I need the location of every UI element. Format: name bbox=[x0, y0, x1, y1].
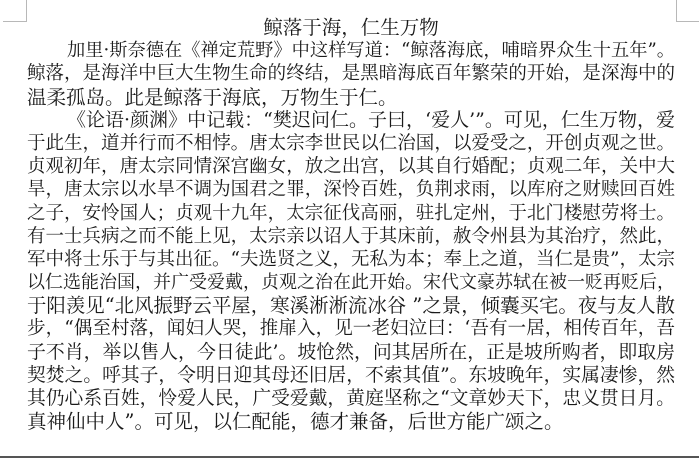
paragraph-line: 契焚之。呼其子，令明日迎其母还旧居，不索其值”。东坡晚年，实属凄惨，然 bbox=[27, 364, 675, 387]
paragraph-line: 子不肖，举以售人，今日徒此’。坡怆然，问其居所在，正是坡所购者，即取房 bbox=[27, 341, 675, 364]
paragraph-line: 之子，安怜国人；贞观十九年，太宗征伐高丽，驻扎定州，于北门楼慰劳将士。 bbox=[27, 202, 675, 225]
crop-mark-top-left bbox=[3, 21, 27, 22]
paragraph-line: 于此生，道并行而不相悖。唐太宗李世民以仁治国，以爱受之，开创贞观之世。 bbox=[27, 132, 675, 155]
paragraph-line: 《论语·颜渊》中记载：“樊迟问仁。子曰，‘爱人’”。可见，仁生万物，爱 bbox=[27, 109, 675, 132]
paragraph-line: 鲸落，是海洋中巨大生物生命的终结，是黑暗海底百年繁荣的开始，是深海中的 bbox=[27, 62, 675, 85]
paragraph-line: 温柔孤岛。此是鲸落于海底，万物生于仁。 bbox=[27, 86, 675, 109]
document-body: 鲸落于海，仁生万物 加里·斯奈德在《禅定荒野》中这样写道：“鲸落海底，哺暗界众生… bbox=[27, 16, 675, 433]
paragraph-line: 军中将士乐于与其出征。“夫选贤之义，无私为本；奉上之道，当仁是贵”，太宗 bbox=[27, 248, 675, 271]
paragraph-line: 贞观初年，唐太宗同情深宫幽女，放之出宫，以其自行婚配；贞观二年，关中大 bbox=[27, 155, 675, 178]
document-title: 鲸落于海，仁生万物 bbox=[27, 16, 675, 39]
paragraph-line: 旱，唐太宗以水旱不调为国君之罪，深怜百姓，负荆求雨，以库府之财赎回百姓 bbox=[27, 178, 675, 201]
paragraph-line: 有一士兵病之而不能上见，太宗亲以诏人于其床前，赦令州县为其治疗，然此， bbox=[27, 225, 675, 248]
crop-mark-top-right bbox=[676, 21, 699, 22]
crop-mark-top-right bbox=[676, 0, 677, 21]
paragraph-line: 于阳羡见“北风振野云平屋，寒溪淅淅流冰谷 ”之景，倾囊买宅。夜与友人散 bbox=[27, 294, 675, 317]
paragraph-line: 步，“偶至村落，闻妇人哭，推扉入，见一老妇泣曰：‘吾有一居，相传百年，吾 bbox=[27, 317, 675, 340]
paragraph-line: 加里·斯奈德在《禅定荒野》中这样写道：“鲸落海底，哺暗界众生十五年”。 bbox=[27, 39, 675, 62]
page-bottom-edge bbox=[0, 456, 699, 458]
paragraph-line: 真神仙中人”。可见，以仁配能，德才兼备，后世方能广颂之。 bbox=[27, 410, 675, 433]
paragraph-line: 以仁选能治国，并广受爱戴，贞观之治在此开始。宋代文豪苏轼在被一贬再贬后， bbox=[27, 271, 675, 294]
paragraph-line: 其仍心系百姓，怜爱人民，广受爱戴，黄庭坚称之“文章妙天下，忠义贯日月。 bbox=[27, 387, 675, 410]
